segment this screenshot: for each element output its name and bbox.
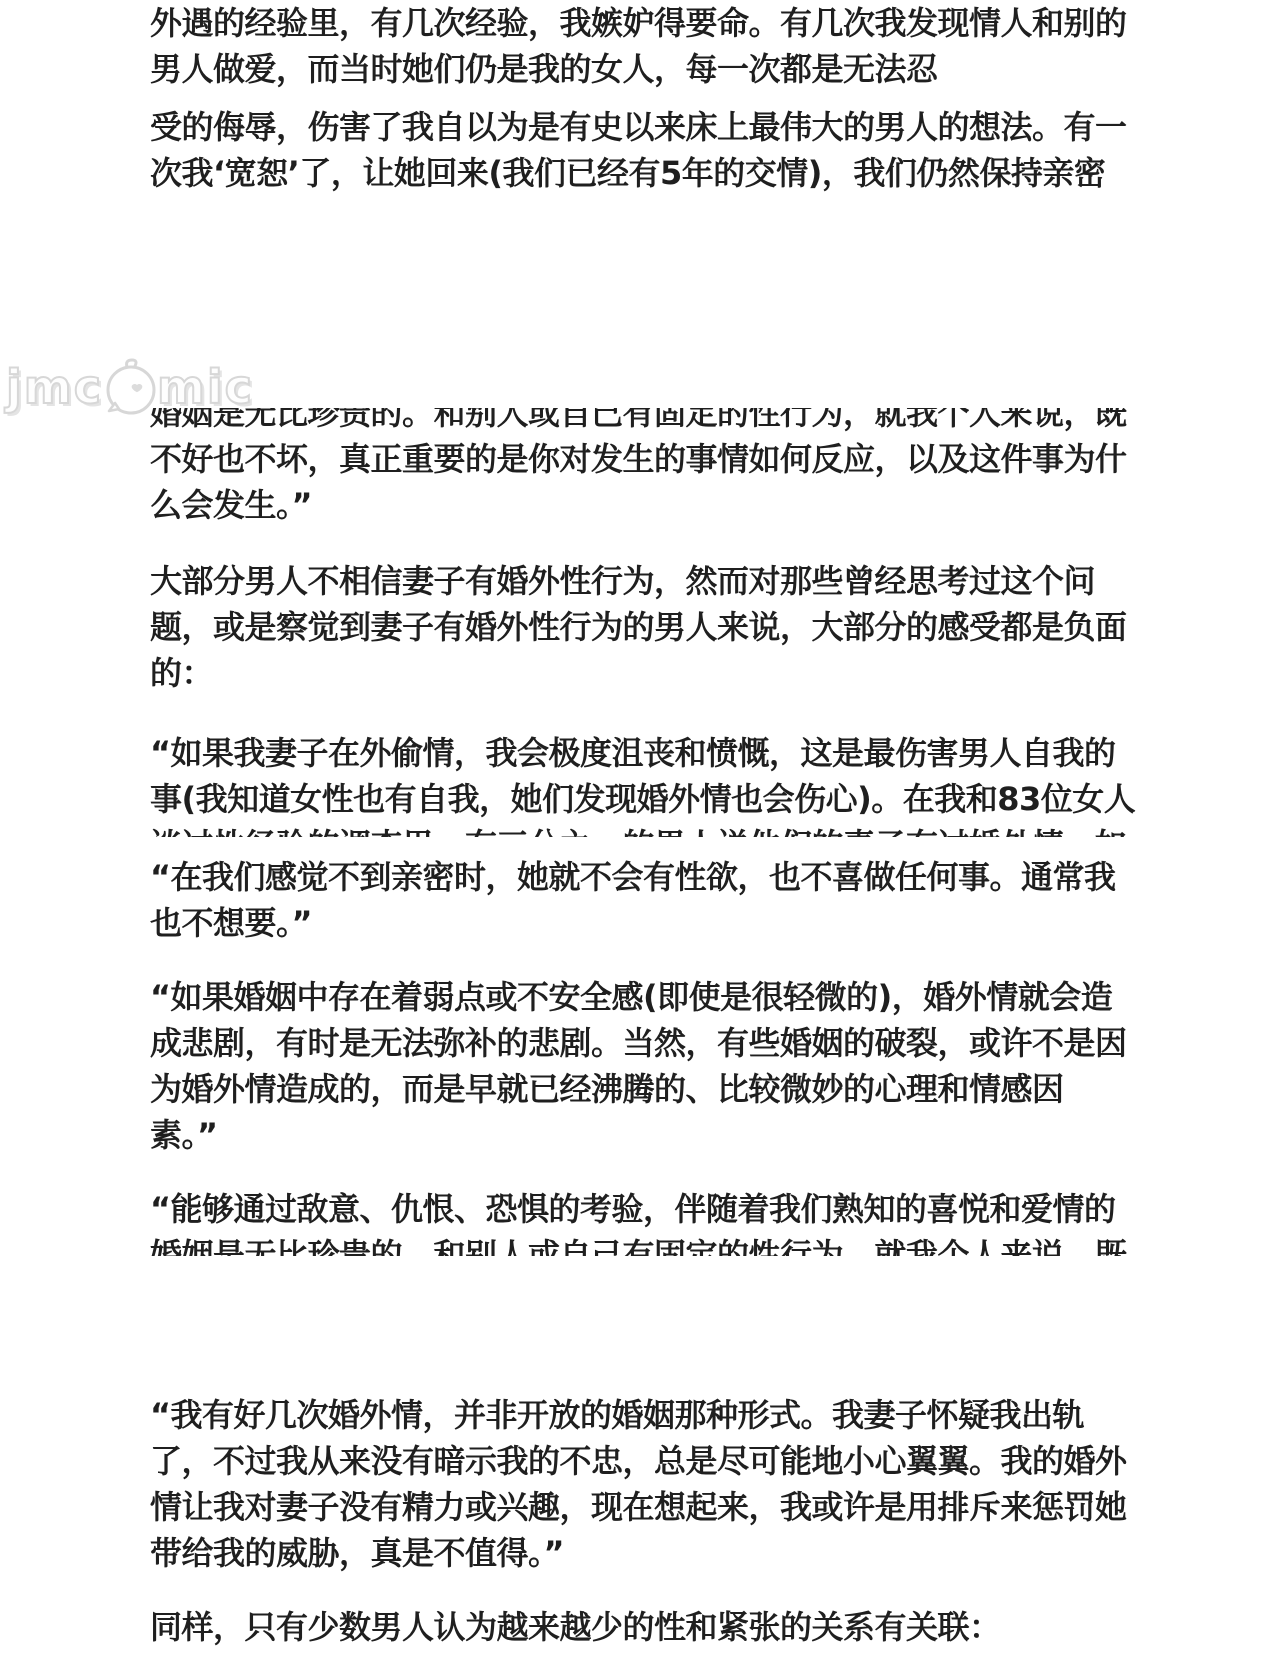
watermark-text-suffix: mic <box>157 360 254 414</box>
text-line: “如果婚姻中存在着弱点或不安全感(即使是很轻微的)，婚外情就会造 <box>150 974 1160 1020</box>
cropped-line-top: 婚姻是无比珍贵的。和别人或自己有固定的性行为，就我个人来说，既 <box>150 408 1160 436</box>
text-line: “在我们感觉不到亲密时，她就不会有性欲，也不喜做任何事。通常我 <box>150 854 1160 900</box>
text-line: “能够通过敌意、仇恨、恐惧的考验，伴随着我们熟知的喜悦和爱情的 <box>150 1186 1160 1232</box>
paragraph-1: 外遇的经验里，有几次经验，我嫉妒得要命。有几次我发现情人和别的 男人做爱，而当时… <box>150 0 1160 92</box>
text-line: 也不想要。” <box>150 900 1160 946</box>
text-line: 谈过性经验的调查里，有三分之一的男人说他们的妻子有过婚外情，如 <box>150 822 1160 837</box>
cropped-line-sliver: 谈过性经验的调查里，有三分之一的男人说他们的妻子有过婚外情，如 <box>150 822 1160 837</box>
text-line: 带给我的威胁，真是不值得。” <box>150 1530 1160 1576</box>
paragraph-10: 同样，只有少数男人认为越来越少的性和紧张的关系有关联： <box>150 1604 1160 1650</box>
text-line: 的： <box>150 650 1160 696</box>
text-line: 情让我对妻子没有精力或兴趣，现在想起来，我或许是用排斥来惩罚她 <box>150 1484 1160 1530</box>
text-line: 外遇的经验里，有几次经验，我嫉妒得要命。有几次我发现情人和别的 <box>150 0 1160 46</box>
text-line: 么会发生。” <box>150 482 1160 528</box>
text-line: 成悲剧，有时是无法弥补的悲剧。当然，有些婚姻的破裂，或许不是因 <box>150 1020 1160 1066</box>
text-line: 受的侮辱，伤害了我自以为是有史以来床上最伟大的男人的想法。有一 <box>150 104 1160 150</box>
paragraph-9: “我有好几次婚外情，并非开放的婚姻那种形式。我妻子怀疑我出轨 了，不过我从来没有… <box>150 1392 1160 1576</box>
paragraph-3: 婚姻是无比珍贵的。和别人或自己有固定的性行为，就我个人来说，既 不好也不坏，真正… <box>150 408 1160 528</box>
document-page: jmc mic 外遇的经验里，有几次经验，我嫉妒得要命。有几次我发现情人和别的 … <box>0 0 1280 1656</box>
text-line: 大部分男人不相信妻子有婚外性行为，然而对那些曾经思考过这个问 <box>150 558 1160 604</box>
text-line: 素。” <box>150 1112 1160 1158</box>
paragraph-5: “如果我妻子在外偷情，我会极度沮丧和愤慨，这是最伤害男人自我的 事(我知道女性也… <box>150 730 1160 837</box>
text-line: 同样，只有少数男人认为越来越少的性和紧张的关系有关联： <box>150 1604 1160 1650</box>
text-line: “我有好几次婚外情，并非开放的婚姻那种形式。我妻子怀疑我出轨 <box>150 1392 1160 1438</box>
text-line: 为婚外情造成的，而是早就已经沸腾的、比较微妙的心理和情感因 <box>150 1066 1160 1112</box>
paragraph-6: “在我们感觉不到亲密时，她就不会有性欲，也不喜做任何事。通常我 也不想要。” <box>150 854 1160 946</box>
text-line: 事(我知道女性也有自我，她们发现婚外情也会伤心)。在我和83位女人 <box>150 776 1160 822</box>
text-line: 婚姻是无比珍贵的。和别人或自己有固定的性行为，就我个人来说，既 <box>150 408 1160 436</box>
text-line: 不好也不坏，真正重要的是你对发生的事情如何反应，以及这件事为什 <box>150 436 1160 482</box>
text-line: 了，不过我从来没有暗示我的不忠，总是尽可能地小心翼翼。我的婚外 <box>150 1438 1160 1484</box>
text-line: 男人做爱，而当时她们仍是我的女人，每一次都是无法忍 <box>150 46 1160 92</box>
text-line: “如果我妻子在外偷情，我会极度沮丧和愤慨，这是最伤害男人自我的 <box>150 730 1160 776</box>
paragraph-7: “如果婚姻中存在着弱点或不安全感(即使是很轻微的)，婚外情就会造 成悲剧，有时是… <box>150 974 1160 1158</box>
paragraph-4: 大部分男人不相信妻子有婚外性行为，然而对那些曾经思考过这个问 题，或是察觉到妻子… <box>150 558 1160 696</box>
paragraph-8: “能够通过敌意、仇恨、恐惧的考验，伴随着我们熟知的喜悦和爱情的 婚姻是无比珍贵的… <box>150 1186 1160 1256</box>
paragraph-2: 受的侮辱，伤害了我自以为是有史以来床上最伟大的男人的想法。有一 次我‘宽恕’了，… <box>150 104 1160 196</box>
text-line: 题，或是察觉到妻子有婚外性行为的男人来说，大部分的感受都是负面 <box>150 604 1160 650</box>
text-line: 次我‘宽恕’了，让她回来(我们已经有5年的交情)，我们仍然保持亲密 <box>150 150 1160 196</box>
watermark-text-prefix: jmc <box>6 360 103 414</box>
text-line: 婚姻是无比珍贵的。和别人或自己有固定的性行为，就我个人来说，既 <box>150 1232 1160 1256</box>
cropped-line-bottom: 婚姻是无比珍贵的。和别人或自己有固定的性行为，就我个人来说，既 <box>150 1232 1160 1256</box>
